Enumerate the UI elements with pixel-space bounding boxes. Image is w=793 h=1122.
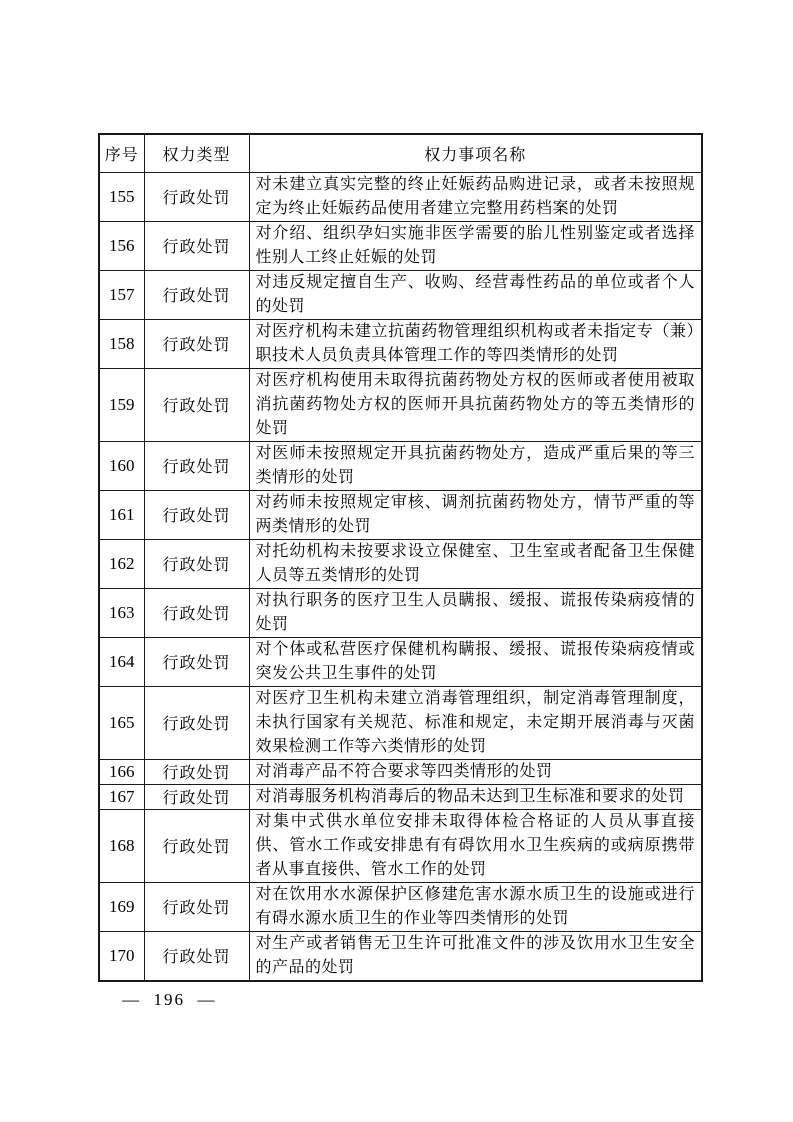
serial-number-cell: 168 (99, 809, 144, 882)
power-type-cell: 行政处罚 (144, 759, 249, 784)
table-row: 160行政处罚对医师未按照规定开具抗菌药物处方，造成严重后果的等三类情形的处罚 (99, 441, 702, 490)
column-header-serial-number: 序号 (99, 134, 144, 172)
power-type-cell: 行政处罚 (144, 686, 249, 759)
power-type-cell: 行政处罚 (144, 441, 249, 490)
power-type-cell: 行政处罚 (144, 319, 249, 368)
power-type-cell: 行政处罚 (144, 368, 249, 441)
serial-number-cell: 159 (99, 368, 144, 441)
power-type-cell: 行政处罚 (144, 882, 249, 931)
power-type-cell: 行政处罚 (144, 539, 249, 588)
serial-number-cell: 163 (99, 588, 144, 637)
power-item-name-cell: 对医疗机构使用未取得抗菌药物处方权的医师或者使用被取消抗菌药物处方权的医师开具抗… (249, 368, 702, 441)
table-row: 164行政处罚对个体或私营医疗保健机构瞒报、缓报、谎报传染病疫情或突发公共卫生事… (99, 637, 702, 686)
serial-number-cell: 158 (99, 319, 144, 368)
power-item-name-cell: 对消毒产品不符合要求等四类情形的处罚 (249, 759, 702, 784)
power-item-name-cell: 对医疗卫生机构未建立消毒管理组织，制定消毒管理制度，未执行国家有关规范、标准和规… (249, 686, 702, 759)
power-item-name-cell: 对在饮用水水源保护区修建危害水源水质卫生的设施或进行有碍水源水质卫生的作业等四类… (249, 882, 702, 931)
serial-number-cell: 170 (99, 931, 144, 981)
power-item-name-cell: 对个体或私营医疗保健机构瞒报、缓报、谎报传染病疫情或突发公共卫生事件的处罚 (249, 637, 702, 686)
power-type-cell: 行政处罚 (144, 809, 249, 882)
power-item-name-cell: 对医师未按照规定开具抗菌药物处方，造成严重后果的等三类情形的处罚 (249, 441, 702, 490)
power-item-name-cell: 对生产或者销售无卫生许可批准文件的涉及饮用水卫生安全的产品的处罚 (249, 931, 702, 981)
power-item-name-cell: 对违反规定擅自生产、收购、经营毒性药品的单位或者个人的处罚 (249, 270, 702, 319)
column-header-power-item-name: 权力事项名称 (249, 134, 702, 172)
power-item-name-cell: 对托幼机构未按要求设立保健室、卫生室或者配备卫生保健人员等五类情形的处罚 (249, 539, 702, 588)
power-item-name-cell: 对介绍、组织孕妇实施非医学需要的胎儿性别鉴定或者选择性别人工终止妊娠的处罚 (249, 221, 702, 270)
table-row: 158行政处罚对医疗机构未建立抗菌药物管理组织机构或者未指定专（兼）职技术人员负… (99, 319, 702, 368)
power-type-cell: 行政处罚 (144, 931, 249, 981)
table-row: 169行政处罚对在饮用水水源保护区修建危害水源水质卫生的设施或进行有碍水源水质卫… (99, 882, 702, 931)
power-type-cell: 行政处罚 (144, 784, 249, 809)
power-type-cell: 行政处罚 (144, 490, 249, 539)
serial-number-cell: 160 (99, 441, 144, 490)
serial-number-cell: 167 (99, 784, 144, 809)
power-item-name-cell: 对药师未按照规定审核、调剂抗菌药物处方，情节严重的等两类情形的处罚 (249, 490, 702, 539)
table-header-row: 序号 权力类型 权力事项名称 (99, 134, 702, 172)
serial-number-cell: 165 (99, 686, 144, 759)
serial-number-cell: 164 (99, 637, 144, 686)
power-type-cell: 行政处罚 (144, 270, 249, 319)
table-row: 161行政处罚对药师未按照规定审核、调剂抗菌药物处方，情节严重的等两类情形的处罚 (99, 490, 702, 539)
table-row: 162行政处罚对托幼机构未按要求设立保健室、卫生室或者配备卫生保健人员等五类情形… (99, 539, 702, 588)
table-row: 156行政处罚对介绍、组织孕妇实施非医学需要的胎儿性别鉴定或者选择性别人工终止妊… (99, 221, 702, 270)
table-row: 159行政处罚对医疗机构使用未取得抗菌药物处方权的医师或者使用被取消抗菌药物处方… (99, 368, 702, 441)
serial-number-cell: 156 (99, 221, 144, 270)
table-row: 155行政处罚对未建立真实完整的终止妊娠药品购进记录，或者未按照规定为终止妊娠药… (99, 172, 702, 221)
power-item-name-cell: 对未建立真实完整的终止妊娠药品购进记录，或者未按照规定为终止妊娠药品使用者建立完… (249, 172, 702, 221)
power-type-cell: 行政处罚 (144, 637, 249, 686)
table-row: 165行政处罚对医疗卫生机构未建立消毒管理组织，制定消毒管理制度，未执行国家有关… (99, 686, 702, 759)
serial-number-cell: 166 (99, 759, 144, 784)
document-page: { "colors": { "background": "#ffffff", "… (0, 0, 793, 1122)
power-items-table: 序号 权力类型 权力事项名称 155行政处罚对未建立真实完整的终止妊娠药品购进记… (98, 133, 703, 982)
table-row: 167行政处罚对消毒服务机构消毒后的物品未达到卫生标准和要求的处罚 (99, 784, 702, 809)
serial-number-cell: 157 (99, 270, 144, 319)
serial-number-cell: 155 (99, 172, 144, 221)
table-row: 170行政处罚对生产或者销售无卫生许可批准文件的涉及饮用水卫生安全的产品的处罚 (99, 931, 702, 981)
power-item-name-cell: 对集中式供水单位安排未取得体检合格证的人员从事直接供、管水工作或安排患有有碍饮用… (249, 809, 702, 882)
table-row: 168行政处罚对集中式供水单位安排未取得体检合格证的人员从事直接供、管水工作或安… (99, 809, 702, 882)
power-type-cell: 行政处罚 (144, 221, 249, 270)
page-number: — 196 — (122, 990, 217, 1010)
table-row: 163行政处罚对执行职务的医疗卫生人员瞒报、缓报、谎报传染病疫情的处罚 (99, 588, 702, 637)
power-item-name-cell: 对医疗机构未建立抗菌药物管理组织机构或者未指定专（兼）职技术人员负责具体管理工作… (249, 319, 702, 368)
serial-number-cell: 169 (99, 882, 144, 931)
power-item-name-cell: 对消毒服务机构消毒后的物品未达到卫生标准和要求的处罚 (249, 784, 702, 809)
page-background: 序号 权力类型 权力事项名称 155行政处罚对未建立真实完整的终止妊娠药品购进记… (0, 0, 793, 1122)
serial-number-cell: 161 (99, 490, 144, 539)
power-item-name-cell: 对执行职务的医疗卫生人员瞒报、缓报、谎报传染病疫情的处罚 (249, 588, 702, 637)
table-body: 155行政处罚对未建立真实完整的终止妊娠药品购进记录，或者未按照规定为终止妊娠药… (99, 172, 702, 981)
power-type-cell: 行政处罚 (144, 588, 249, 637)
table-row: 166行政处罚对消毒产品不符合要求等四类情形的处罚 (99, 759, 702, 784)
table-row: 157行政处罚对违反规定擅自生产、收购、经营毒性药品的单位或者个人的处罚 (99, 270, 702, 319)
column-header-power-type: 权力类型 (144, 134, 249, 172)
serial-number-cell: 162 (99, 539, 144, 588)
power-type-cell: 行政处罚 (144, 172, 249, 221)
